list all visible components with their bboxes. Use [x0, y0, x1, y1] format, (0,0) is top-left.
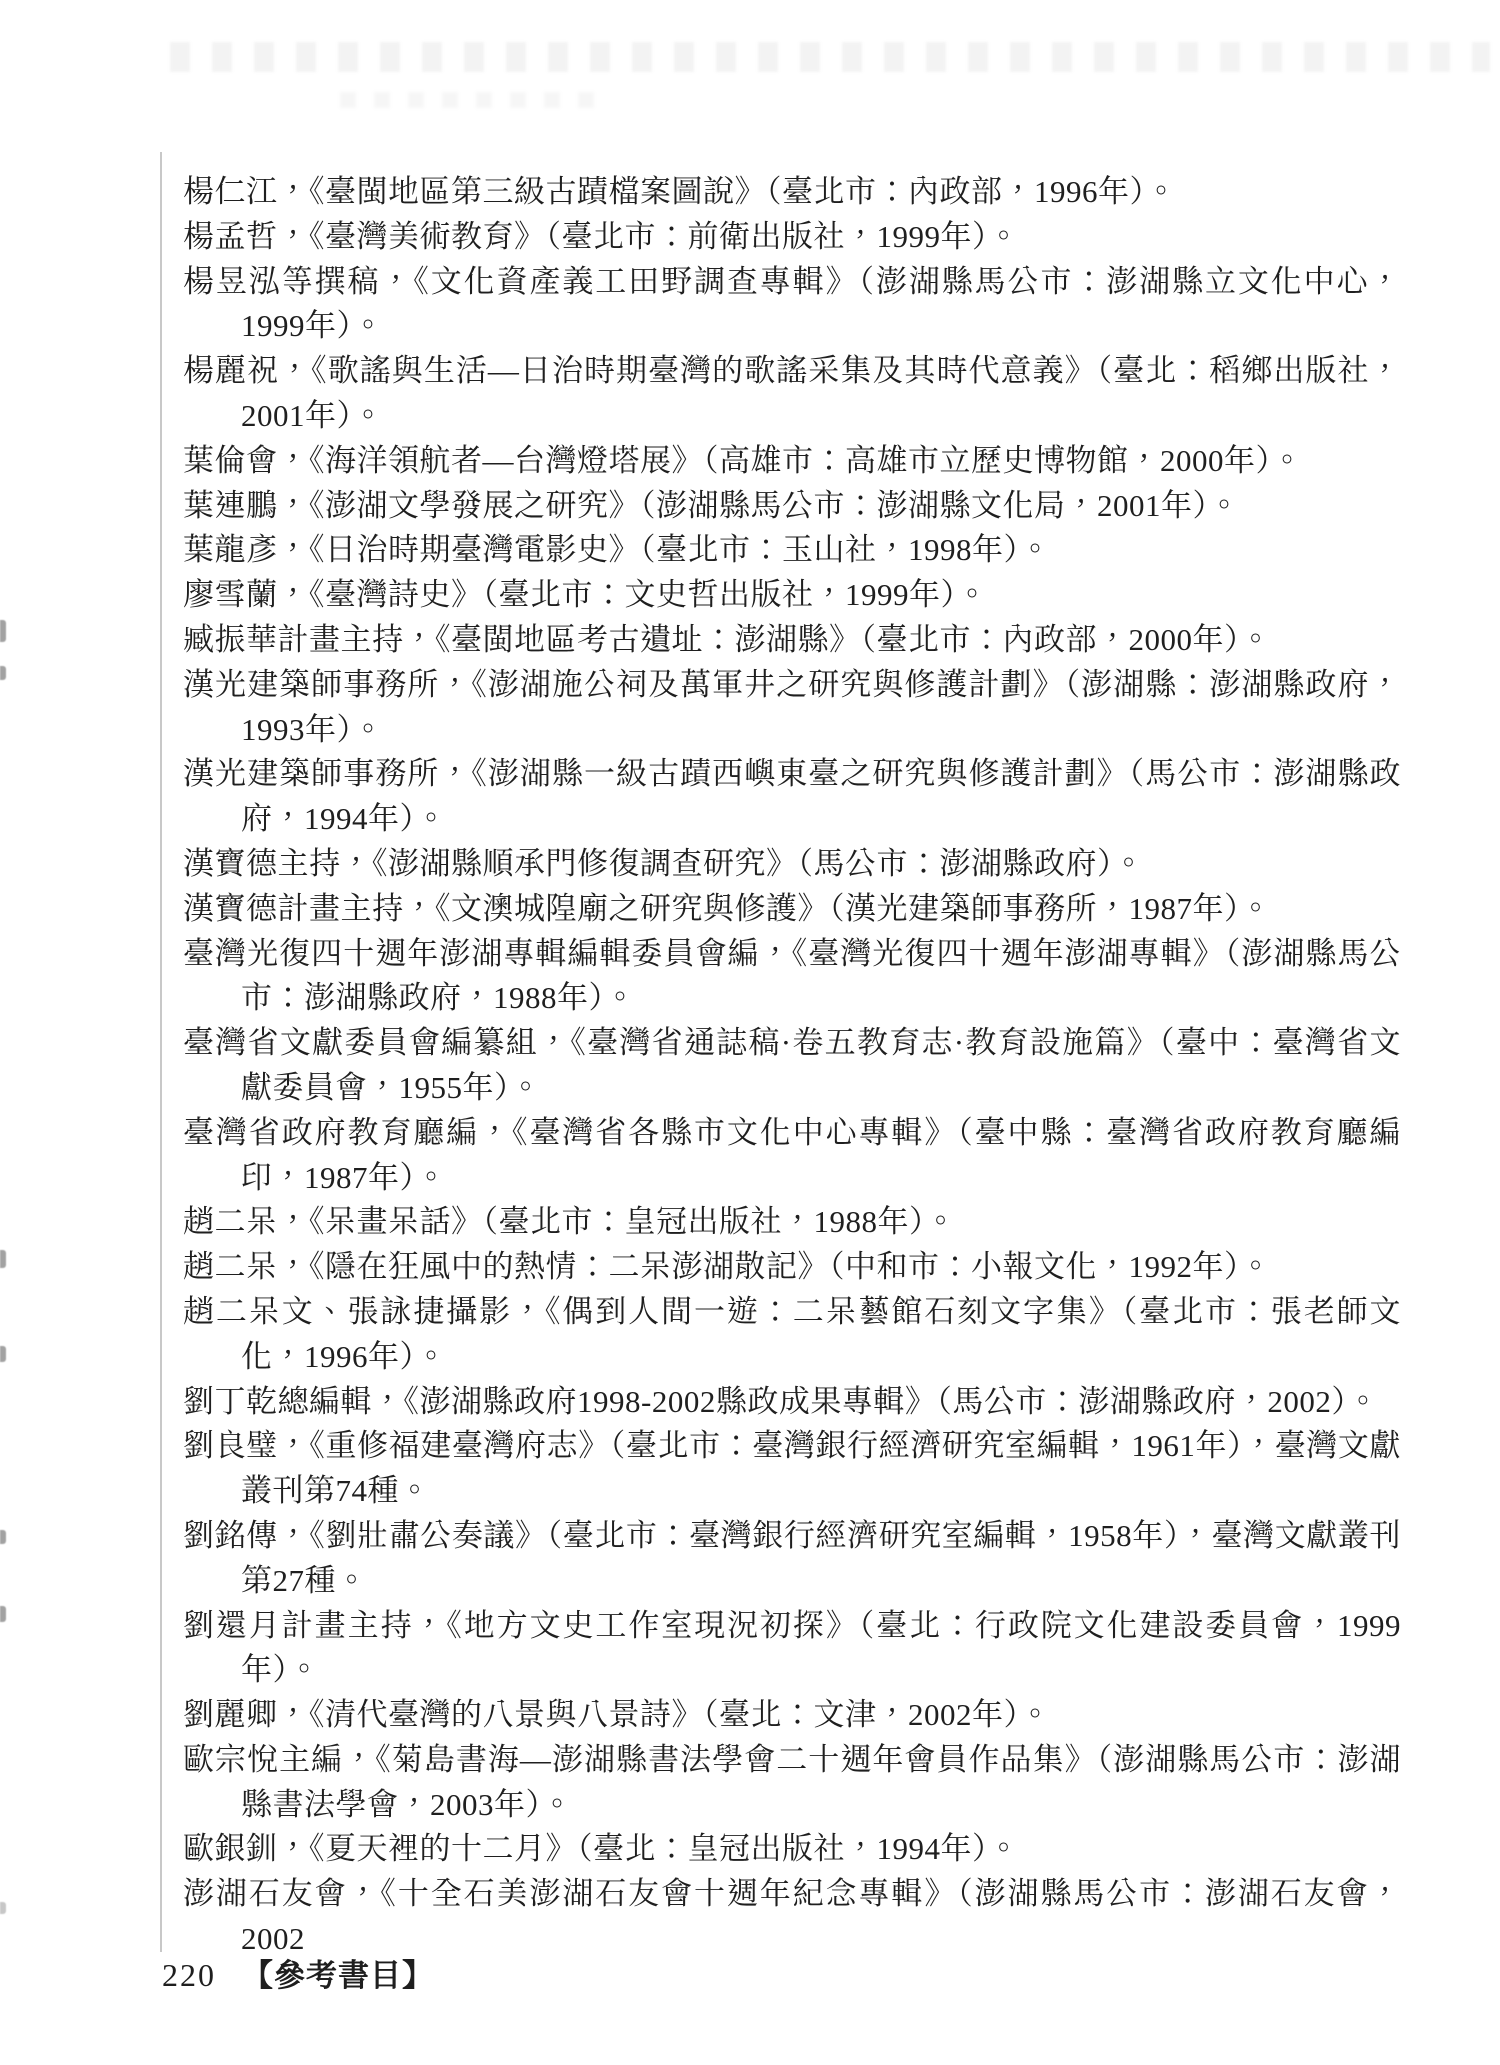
bibliography-list: 楊仁江，《臺閩地區第三級古蹟檔案圖說》（臺北市：內政部，1996年）。楊孟哲，《… [183, 170, 1401, 1962]
bibliography-entry: 漢寶德主持，《澎湖縣順承門修復調查研究》（馬公市：澎湖縣政府）。 [183, 842, 1401, 887]
bibliography-entry: 楊昱泓等撰稿，《文化資產義工田野調查專輯》（澎湖縣馬公市：澎湖縣立文化中心，19… [183, 260, 1401, 350]
bibliography-entry: 劉還月計畫主持，《地方文史工作室現況初探》（臺北：行政院文化建設委員會，1999… [183, 1604, 1401, 1694]
page-edge-mark [0, 1346, 6, 1362]
bibliography-entry: 趙二呆，《呆畫呆話》（臺北市：皇冠出版社，1988年）。 [183, 1200, 1401, 1245]
bibliography-entry: 廖雪蘭，《臺灣詩史》（臺北市：文史哲出版社，1999年）。 [183, 573, 1401, 618]
bibliography-entry: 趙二呆文、張詠捷攝影，《偶到人間一遊：二呆藝館石刻文字集》（臺北市：張老師文化，… [183, 1290, 1401, 1380]
page-footer: 220 【參考書目】 [162, 1950, 434, 1995]
bibliography-entry: 葉龍彥，《日治時期臺灣電影史》（臺北市：玉山社，1998年）。 [183, 528, 1401, 573]
bibliography-entry: 楊仁江，《臺閩地區第三級古蹟檔案圖說》（臺北市：內政部，1996年）。 [183, 170, 1401, 215]
bibliography-entry: 歐銀釧，《夏天裡的十二月》（臺北：皇冠出版社，1994年）。 [183, 1827, 1401, 1872]
bibliography-entry: 葉連鵬，《澎湖文學發展之研究》（澎湖縣馬公市：澎湖縣文化局，2001年）。 [183, 484, 1401, 529]
bibliography-entry: 臺灣省文獻委員會編纂組，《臺灣省通誌稿·卷五教育志·教育設施篇》（臺中：臺灣省文… [183, 1021, 1401, 1111]
scan-noise-top-secondary [340, 92, 600, 108]
page-edge-mark [0, 1530, 6, 1544]
scan-noise-top [170, 42, 1490, 72]
bibliography-entry: 趙二呆，《隱在狂風中的熱情：二呆澎湖散記》（中和市：小報文化，1992年）。 [183, 1245, 1401, 1290]
bibliography-entry: 歐宗悅主編，《菊島書海—澎湖縣書法學會二十週年會員作品集》（澎湖縣馬公市：澎湖縣… [183, 1738, 1401, 1828]
bibliography-entry: 楊孟哲，《臺灣美術教育》（臺北市：前衛出版社，1999年）。 [183, 215, 1401, 260]
bibliography-entry: 臺灣省政府教育廳編，《臺灣省各縣市文化中心專輯》（臺中縣：臺灣省政府教育廳編印，… [183, 1111, 1401, 1201]
bibliography-entry: 楊麗祝，《歌謠與生活—日治時期臺灣的歌謠采集及其時代意義》（臺北：稻鄉出版社，2… [183, 349, 1401, 439]
bibliography-entry: 漢光建築師事務所，《澎湖縣一級古蹟西嶼東臺之研究與修護計劃》（馬公市：澎湖縣政府… [183, 752, 1401, 842]
page-edge-mark [0, 1902, 6, 1914]
bibliography-entry: 臺灣光復四十週年澎湖專輯編輯委員會編，《臺灣光復四十週年澎湖專輯》（澎湖縣馬公市… [183, 932, 1401, 1022]
bibliography-entry: 劉丁乾總編輯，《澎湖縣政府1998-2002縣政成果專輯》（馬公市：澎湖縣政府，… [183, 1380, 1401, 1425]
section-label: 【參考書目】 [242, 1950, 434, 1995]
bibliography-entry: 臧振華計畫主持，《臺閩地區考古遺址：澎湖縣》（臺北市：內政部，2000年）。 [183, 618, 1401, 663]
page-edge-mark [0, 666, 6, 680]
bibliography-entry: 劉麗卿，《清代臺灣的八景與八景詩》（臺北：文津，2002年）。 [183, 1693, 1401, 1738]
bibliography-entry: 漢光建築師事務所，《澎湖施公祠及萬軍井之研究與修護計劃》（澎湖縣：澎湖縣政府，1… [183, 663, 1401, 753]
bibliography-entry: 澎湖石友會，《十全石美澎湖石友會十週年紀念專輯》（澎湖縣馬公市：澎湖石友會，20… [183, 1872, 1401, 1962]
page-edge-mark [0, 1606, 6, 1622]
scanned-page: 楊仁江，《臺閩地區第三級古蹟檔案圖說》（臺北市：內政部，1996年）。楊孟哲，《… [0, 0, 1500, 2065]
bibliography-entry: 劉銘傳，《劉壯肅公奏議》（臺北市：臺灣銀行經濟研究室編輯，1958年），臺灣文獻… [183, 1514, 1401, 1604]
scan-artifact-vertical-line [160, 152, 162, 1952]
bibliography-entry: 劉良璧，《重修福建臺灣府志》（臺北市：臺灣銀行經濟研究室編輯，1961年），臺灣… [183, 1424, 1401, 1514]
page-number: 220 [162, 1957, 216, 1994]
page-edge-mark [0, 620, 6, 642]
bibliography-entry: 葉倫會，《海洋領航者—台灣燈塔展》（高雄市：高雄市立歷史博物館，2000年）。 [183, 439, 1401, 484]
bibliography-entry: 漢寶德計畫主持，《文澳城隍廟之研究與修護》（漢光建築師事務所，1987年）。 [183, 887, 1401, 932]
page-edge-mark [0, 1250, 6, 1268]
